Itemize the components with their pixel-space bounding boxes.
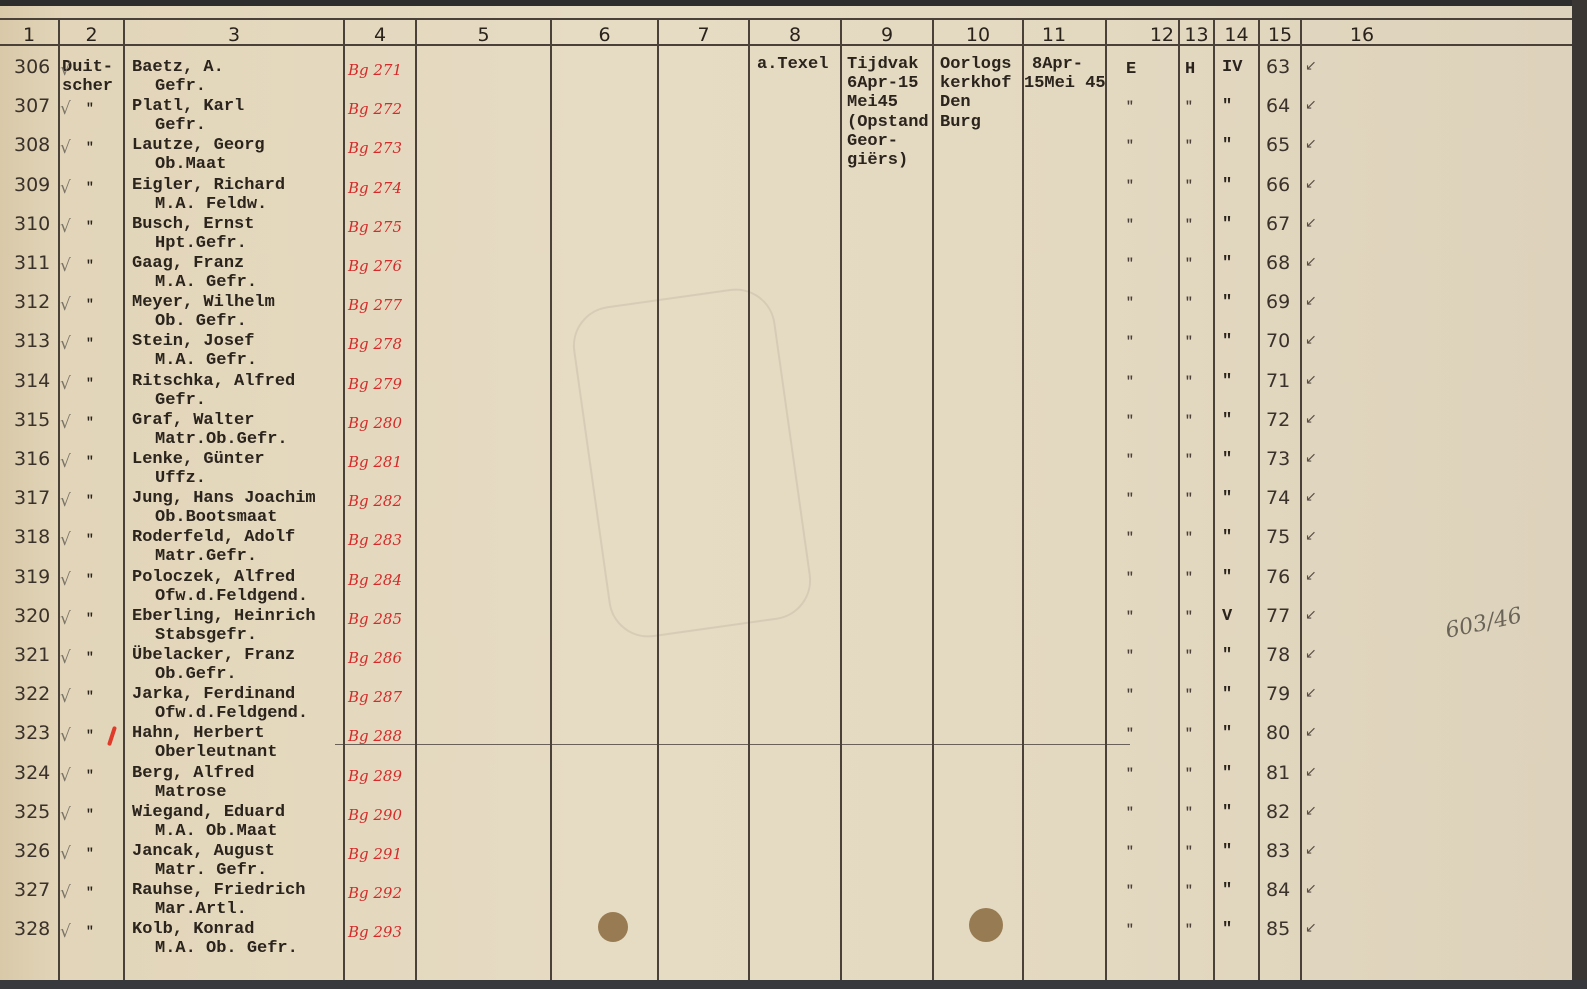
- sequence-cell: 78: [1266, 644, 1290, 666]
- name-cell: Baetz, A.: [132, 58, 224, 77]
- tick-mark-icon: ↙: [1305, 254, 1317, 270]
- col-header-8: 8: [750, 24, 840, 46]
- rank-cell: Gefr.: [155, 116, 206, 135]
- tick-mark-icon: ↙: [1305, 528, 1317, 544]
- col12-cell: ": [1126, 844, 1134, 859]
- col13-cell: ": [1185, 530, 1193, 545]
- check-mark-icon: √: [60, 570, 71, 590]
- rank-cell: Matr.Gefr.: [155, 547, 257, 566]
- burial-ref-cell: Bg 279: [348, 375, 402, 393]
- no-cell: 323: [14, 722, 50, 744]
- rank-cell: Matr.Ob.Gefr.: [155, 430, 288, 449]
- no-cell: 327: [14, 879, 50, 901]
- check-mark-icon: √: [60, 374, 71, 394]
- cemetery-line: Den: [940, 93, 971, 112]
- nationality-cell: ": [86, 217, 94, 236]
- col12-cell: ": [1126, 99, 1134, 114]
- grade-cell: ": [1222, 881, 1232, 900]
- rank-cell: Ofw.d.Feldgend.: [155, 587, 308, 606]
- burial-ref-cell: Bg 276: [348, 257, 402, 275]
- header-top-rule: [0, 18, 1572, 20]
- col-header-6: 6: [552, 24, 657, 46]
- check-mark-icon: √: [60, 883, 71, 903]
- tick-mark-icon: ↙: [1305, 450, 1317, 466]
- nationality-cell: ": [86, 256, 94, 275]
- period-line: (Opstand: [847, 113, 929, 132]
- col12-cell: ": [1126, 295, 1134, 310]
- col13-cell: ": [1185, 570, 1193, 585]
- check-mark-icon: √: [60, 178, 71, 198]
- tick-mark-icon: ↙: [1305, 803, 1317, 819]
- pencil-rule: [335, 744, 1130, 745]
- grade-cell: ": [1222, 136, 1232, 155]
- tick-mark-icon: ↙: [1305, 176, 1317, 192]
- burial-ref-cell: Bg 277: [348, 296, 402, 314]
- tick-mark-icon: ↙: [1305, 136, 1317, 152]
- name-cell: Poloczek, Alfred: [132, 568, 295, 587]
- col13-cell: ": [1185, 491, 1193, 506]
- sequence-cell: 68: [1266, 252, 1290, 274]
- tick-mark-icon: ↙: [1305, 215, 1317, 231]
- col12-cell: ": [1126, 766, 1134, 781]
- grade-cell: ": [1222, 528, 1232, 547]
- col12-cell: ": [1126, 413, 1134, 428]
- col12-cell: ": [1126, 256, 1134, 271]
- col-divider: [657, 18, 659, 984]
- nationality-cell: ": [86, 648, 94, 667]
- col-divider: [1178, 18, 1180, 984]
- ledger-sheet: 1 2 3 4 5 6 7 8 9 10 11 12 13 14 15 16 a…: [0, 6, 1572, 984]
- scan-bottom-edge: [0, 980, 1587, 989]
- no-cell: 317: [14, 487, 50, 509]
- check-mark-icon: √: [60, 138, 71, 158]
- grade-cell: ": [1222, 176, 1232, 195]
- nationality-cell: ": [86, 609, 94, 628]
- tick-mark-icon: ↙: [1305, 332, 1317, 348]
- name-cell: Berg, Alfred: [132, 764, 254, 783]
- no-cell: 310: [14, 213, 50, 235]
- col-header-4: 4: [345, 24, 415, 46]
- check-mark-icon: √: [60, 413, 71, 433]
- col12-cell: ": [1126, 687, 1134, 702]
- nationality-cell: ": [86, 726, 94, 745]
- col13-cell: ": [1185, 609, 1193, 624]
- col13-cell: ": [1185, 138, 1193, 153]
- col12-cell: ": [1126, 138, 1134, 153]
- no-cell: 314: [14, 370, 50, 392]
- nationality-cell: ": [86, 805, 94, 824]
- sequence-cell: 73: [1266, 448, 1290, 470]
- sequence-cell: 66: [1266, 174, 1290, 196]
- burial-ref-cell: Bg 271: [348, 61, 402, 79]
- grade-cell: ": [1222, 450, 1232, 469]
- burial-ref-cell: Bg 289: [348, 767, 402, 785]
- col-header-11: 11: [1024, 24, 1084, 46]
- col12-cell: ": [1126, 609, 1134, 624]
- col13-cell: ": [1185, 217, 1193, 232]
- no-cell: 322: [14, 683, 50, 705]
- name-cell: Jancak, August: [132, 842, 275, 861]
- cemetery-line: Oorlogs: [940, 55, 1011, 74]
- burial-ref-cell: Bg 293: [348, 923, 402, 941]
- period-line: Mei45: [847, 93, 898, 112]
- col-divider: [1105, 18, 1107, 984]
- col-header-13: 13: [1180, 24, 1213, 46]
- rank-cell: Uffz.: [155, 469, 206, 488]
- no-cell: 325: [14, 801, 50, 823]
- no-cell: 328: [14, 918, 50, 940]
- check-mark-icon: √: [60, 491, 71, 511]
- tick-mark-icon: ↙: [1305, 724, 1317, 740]
- rank-cell: Gefr.: [155, 391, 206, 410]
- col-header-5: 5: [417, 24, 550, 46]
- nationality-cell: ": [86, 491, 94, 510]
- sequence-cell: 81: [1266, 762, 1290, 784]
- col12-cell: ": [1126, 217, 1134, 232]
- col13-cell: ": [1185, 178, 1193, 193]
- col-divider: [932, 18, 934, 984]
- name-cell: Graf, Walter: [132, 411, 254, 430]
- name-cell: Platl, Karl: [132, 97, 244, 116]
- check-mark-icon: √: [60, 805, 71, 825]
- burial-ref-cell: Bg 275: [348, 218, 402, 236]
- col-divider: [1022, 18, 1024, 984]
- no-cell: 311: [14, 252, 50, 274]
- date-line: 8Apr-: [1032, 55, 1083, 74]
- nationality-cell: Duit-scher: [62, 58, 122, 96]
- col13-cell: ": [1185, 726, 1193, 741]
- burial-ref-cell: Bg 280: [348, 414, 402, 432]
- burial-ref-cell: Bg 291: [348, 845, 402, 863]
- grade-cell: ": [1222, 568, 1232, 587]
- col-divider: [748, 18, 750, 984]
- tick-mark-icon: ↙: [1305, 764, 1317, 780]
- grade-cell: ": [1222, 293, 1232, 312]
- col-divider: [123, 18, 125, 984]
- check-mark-icon: √: [60, 295, 71, 315]
- date-line: 15Mei 45: [1024, 74, 1106, 93]
- faint-stamp: [568, 283, 816, 642]
- rank-cell: Mar.Artl.: [155, 900, 247, 919]
- no-cell: 321: [14, 644, 50, 666]
- period-line: giërs): [847, 151, 908, 170]
- col-divider: [1258, 18, 1260, 984]
- col13-cell: H: [1185, 60, 1195, 79]
- nationality-cell: ": [86, 413, 94, 432]
- tick-mark-icon: ↙: [1305, 842, 1317, 858]
- col13-cell: ": [1185, 99, 1193, 114]
- no-cell: 318: [14, 526, 50, 548]
- burial-ref-cell: Bg 274: [348, 179, 402, 197]
- sequence-cell: 63: [1266, 56, 1290, 78]
- sequence-cell: 82: [1266, 801, 1290, 823]
- col-header-10: 10: [934, 24, 1022, 46]
- no-cell: 306: [14, 56, 50, 78]
- location-cell: a.Texel: [757, 55, 828, 74]
- tick-mark-icon: ↙: [1305, 568, 1317, 584]
- name-cell: Lautze, Georg: [132, 136, 265, 155]
- name-cell: Gaag, Franz: [132, 254, 244, 273]
- sequence-cell: 80: [1266, 722, 1290, 744]
- stain-mark: [598, 912, 628, 942]
- grade-cell: ": [1222, 842, 1232, 861]
- nationality-cell: ": [86, 844, 94, 863]
- grade-cell: V: [1222, 607, 1232, 626]
- tick-mark-icon: ↙: [1305, 489, 1317, 505]
- name-cell: Ritschka, Alfred: [132, 372, 295, 391]
- col-divider: [1213, 18, 1215, 984]
- period-line: 6Apr-15: [847, 74, 918, 93]
- no-cell: 309: [14, 174, 50, 196]
- sequence-cell: 71: [1266, 370, 1290, 392]
- col12-cell: ": [1126, 922, 1134, 937]
- check-mark-icon: √: [60, 60, 71, 80]
- col12-cell: ": [1126, 883, 1134, 898]
- burial-ref-cell: Bg 292: [348, 884, 402, 902]
- no-cell: 312: [14, 291, 50, 313]
- burial-ref-cell: Bg 290: [348, 806, 402, 824]
- sequence-cell: 77: [1266, 605, 1290, 627]
- burial-ref-cell: Bg 282: [348, 492, 402, 510]
- col13-cell: ": [1185, 922, 1193, 937]
- cemetery-line: Burg: [940, 113, 981, 132]
- col13-cell: ": [1185, 687, 1193, 702]
- col-header-2: 2: [60, 24, 123, 46]
- col13-cell: ": [1185, 805, 1193, 820]
- sequence-cell: 75: [1266, 526, 1290, 548]
- name-cell: Übelacker, Franz: [132, 646, 295, 665]
- col13-cell: ": [1185, 452, 1193, 467]
- col12-cell: ": [1126, 570, 1134, 585]
- rank-cell: M.A. Gefr.: [155, 351, 257, 370]
- nationality-cell: ": [86, 530, 94, 549]
- sequence-cell: 74: [1266, 487, 1290, 509]
- col12-cell: ": [1126, 491, 1134, 506]
- rank-cell: M.A. Feldw.: [155, 195, 267, 214]
- cemetery-line: kerkhof: [940, 74, 1011, 93]
- burial-ref-cell: Bg 288: [348, 727, 402, 745]
- grade-cell: ": [1222, 920, 1232, 939]
- rank-cell: Ob.Bootsmaat: [155, 508, 277, 527]
- grade-cell: ": [1222, 803, 1232, 822]
- burial-ref-cell: Bg 285: [348, 610, 402, 628]
- no-cell: 319: [14, 566, 50, 588]
- col-header-9: 9: [842, 24, 932, 46]
- name-cell: Meyer, Wilhelm: [132, 293, 275, 312]
- grade-cell: IV: [1222, 58, 1242, 77]
- check-mark-icon: √: [60, 648, 71, 668]
- sequence-cell: 67: [1266, 213, 1290, 235]
- sequence-cell: 69: [1266, 291, 1290, 313]
- col13-cell: ": [1185, 295, 1193, 310]
- col13-cell: ": [1185, 413, 1193, 428]
- burial-ref-cell: Bg 273: [348, 139, 402, 157]
- grade-cell: ": [1222, 215, 1232, 234]
- sequence-cell: 84: [1266, 879, 1290, 901]
- rank-cell: Ob.Gefr.: [155, 665, 237, 684]
- sequence-cell: 85: [1266, 918, 1290, 940]
- burial-ref-cell: Bg 281: [348, 453, 402, 471]
- nationality-cell: ": [86, 766, 94, 785]
- grade-cell: ": [1222, 254, 1232, 273]
- burial-ref-cell: Bg 283: [348, 531, 402, 549]
- col-header-15: 15: [1260, 24, 1300, 46]
- tick-mark-icon: ↙: [1305, 685, 1317, 701]
- col-header-7: 7: [659, 24, 748, 46]
- burial-ref-cell: Bg 278: [348, 335, 402, 353]
- grade-cell: ": [1222, 646, 1232, 665]
- tick-mark-icon: ↙: [1305, 607, 1317, 623]
- rank-cell: Ob. Gefr.: [155, 312, 247, 331]
- red-pencil-mark: [107, 726, 117, 746]
- check-mark-icon: √: [60, 844, 71, 864]
- period-line: Geor-: [847, 132, 898, 151]
- sequence-cell: 64: [1266, 95, 1290, 117]
- check-mark-icon: √: [60, 217, 71, 237]
- col12-cell: ": [1126, 530, 1134, 545]
- no-cell: 307: [14, 95, 50, 117]
- grade-cell: ": [1222, 724, 1232, 743]
- name-cell: Eberling, Heinrich: [132, 607, 316, 626]
- no-cell: 326: [14, 840, 50, 862]
- check-mark-icon: √: [60, 609, 71, 629]
- col12-cell: ": [1126, 374, 1134, 389]
- no-cell: 313: [14, 330, 50, 352]
- tick-mark-icon: ↙: [1305, 58, 1317, 74]
- col12-cell: ": [1126, 805, 1134, 820]
- nationality-cell: ": [86, 99, 94, 118]
- nationality-cell: ": [86, 334, 94, 353]
- period-line: Tijdvak: [847, 55, 918, 74]
- check-mark-icon: √: [60, 256, 71, 276]
- sequence-cell: 65: [1266, 134, 1290, 156]
- rank-cell: M.A. Gefr.: [155, 273, 257, 292]
- nationality-cell: ": [86, 883, 94, 902]
- name-cell: Jung, Hans Joachim: [132, 489, 316, 508]
- name-cell: Jarka, Ferdinand: [132, 685, 295, 704]
- check-mark-icon: √: [60, 99, 71, 119]
- name-cell: Busch, Ernst: [132, 215, 254, 234]
- col-header-12: 12: [1107, 24, 1178, 46]
- col12-cell: ": [1126, 648, 1134, 663]
- col13-cell: ": [1185, 648, 1193, 663]
- check-mark-icon: √: [60, 452, 71, 472]
- col12-cell: ": [1126, 334, 1134, 349]
- check-mark-icon: √: [60, 530, 71, 550]
- sequence-cell: 79: [1266, 683, 1290, 705]
- rank-cell: M.A. Ob. Gefr.: [155, 939, 298, 958]
- col12-cell: E: [1126, 60, 1136, 79]
- col12-cell: ": [1126, 726, 1134, 741]
- stain-mark: [969, 908, 1003, 942]
- burial-ref-cell: Bg 287: [348, 688, 402, 706]
- tick-mark-icon: ↙: [1305, 293, 1317, 309]
- col13-cell: ": [1185, 766, 1193, 781]
- nationality-cell: ": [86, 687, 94, 706]
- check-mark-icon: √: [60, 922, 71, 942]
- no-cell: 316: [14, 448, 50, 470]
- rank-cell: Ob.Maat: [155, 155, 226, 174]
- nationality-cell: ": [86, 452, 94, 471]
- col-divider: [840, 18, 842, 984]
- rank-cell: Stabsgefr.: [155, 626, 257, 645]
- no-cell: 315: [14, 409, 50, 431]
- col-divider: [343, 18, 345, 984]
- sequence-cell: 72: [1266, 409, 1290, 431]
- tick-mark-icon: ↙: [1305, 372, 1317, 388]
- check-mark-icon: √: [60, 687, 71, 707]
- nationality-cell: ": [86, 295, 94, 314]
- no-cell: 324: [14, 762, 50, 784]
- name-cell: Eigler, Richard: [132, 176, 285, 195]
- name-cell: Kolb, Konrad: [132, 920, 254, 939]
- col-divider: [1300, 18, 1302, 984]
- nationality-cell: ": [86, 138, 94, 157]
- name-cell: Stein, Josef: [132, 332, 254, 351]
- no-cell: 308: [14, 134, 50, 156]
- rank-cell: M.A. Ob.Maat: [155, 822, 277, 841]
- col-divider: [550, 18, 552, 984]
- sequence-cell: 83: [1266, 840, 1290, 862]
- col12-cell: ": [1126, 452, 1134, 467]
- name-cell: Lenke, Günter: [132, 450, 265, 469]
- grade-cell: ": [1222, 685, 1232, 704]
- col-header-3: 3: [125, 24, 343, 46]
- grade-cell: ": [1222, 764, 1232, 783]
- col13-cell: ": [1185, 844, 1193, 859]
- tick-mark-icon: ↙: [1305, 97, 1317, 113]
- grade-cell: ": [1222, 97, 1232, 116]
- col-header-1: 1: [0, 24, 58, 46]
- rank-cell: Hpt.Gefr.: [155, 234, 247, 253]
- col-header-14: 14: [1215, 24, 1258, 46]
- sequence-cell: 70: [1266, 330, 1290, 352]
- no-cell: 320: [14, 605, 50, 627]
- rank-cell: Matrose: [155, 783, 226, 802]
- grade-cell: ": [1222, 332, 1232, 351]
- sequence-cell: 76: [1266, 566, 1290, 588]
- name-cell: Wiegand, Eduard: [132, 803, 285, 822]
- rank-cell: Ofw.d.Feldgend.: [155, 704, 308, 723]
- tick-mark-icon: ↙: [1305, 411, 1317, 427]
- nationality-cell: ": [86, 570, 94, 589]
- col12-cell: ": [1126, 178, 1134, 193]
- check-mark-icon: √: [60, 334, 71, 354]
- name-cell: Rauhse, Friedrich: [132, 881, 305, 900]
- col-header-16: 16: [1302, 24, 1422, 46]
- check-mark-icon: √: [60, 726, 71, 746]
- rank-cell: Matr. Gefr.: [155, 861, 267, 880]
- burial-ref-cell: Bg 284: [348, 571, 402, 589]
- rank-cell: Oberleutnant: [155, 743, 277, 762]
- rank-cell: Gefr.: [155, 77, 206, 96]
- col-divider: [415, 18, 417, 984]
- col13-cell: ": [1185, 374, 1193, 389]
- col13-cell: ": [1185, 256, 1193, 271]
- margin-note: 603/46: [1443, 603, 1524, 644]
- tick-mark-icon: ↙: [1305, 881, 1317, 897]
- burial-ref-cell: Bg 286: [348, 649, 402, 667]
- nationality-cell: ": [86, 374, 94, 393]
- name-cell: Hahn, Herbert: [132, 724, 265, 743]
- grade-cell: ": [1222, 372, 1232, 391]
- grade-cell: ": [1222, 489, 1232, 508]
- scan-right-edge: [1572, 0, 1587, 989]
- burial-ref-cell: Bg 272: [348, 100, 402, 118]
- col13-cell: ": [1185, 334, 1193, 349]
- tick-mark-icon: ↙: [1305, 920, 1317, 936]
- tick-mark-icon: ↙: [1305, 646, 1317, 662]
